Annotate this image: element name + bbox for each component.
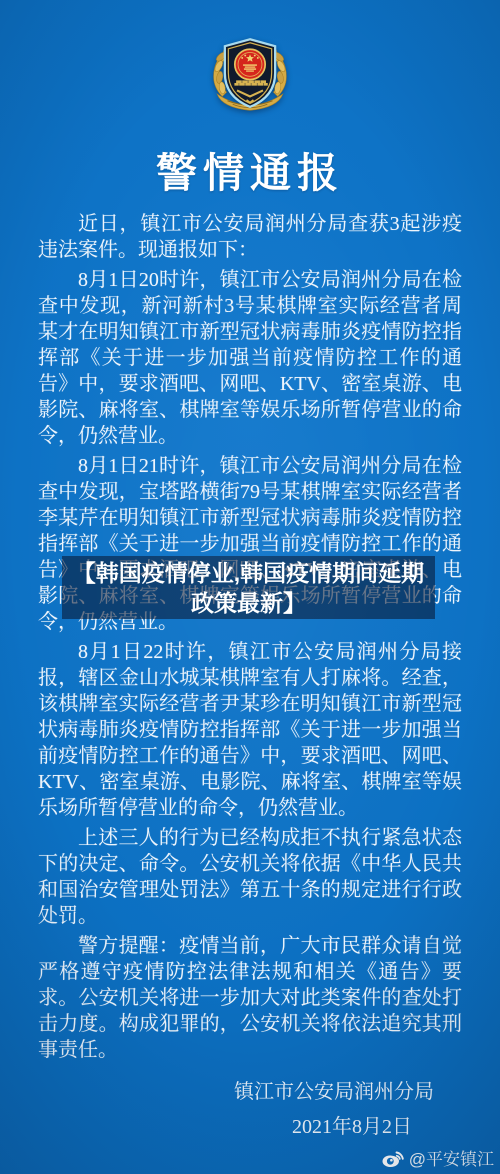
notice-paragraph-case1: 8月1日20时许，镇江市公安局润州分局在检查中发现，新河新村3号某棋牌室实际经营… xyxy=(38,267,462,449)
notice-paragraph-intro: 近日，镇江市公安局润州分局查获3起涉疫违法案件。现通报如下： xyxy=(38,211,462,263)
police-badge-icon xyxy=(198,26,302,134)
notice-body: 近日，镇江市公安局润州分局查获3起涉疫违法案件。现通报如下： 8月1日20时许，… xyxy=(38,211,462,1063)
signature-date: 2021年8月2日 xyxy=(0,1110,412,1139)
police-notice-poster: 警情通报 近日，镇江市公安局润州分局查获3起涉疫违法案件。现通报如下： 8月1日… xyxy=(0,0,500,1174)
headline-overlay-banner: 【韩国疫情停业,韩国疫情期间延期政策最新】 xyxy=(62,556,435,619)
notice-paragraph-case3: 8月1日22时许，镇江市公安局润州分局接报，辖区金山水城某棋牌室有人打麻将。经查… xyxy=(38,639,462,821)
signature-issuer: 镇江市公安局润州分局 xyxy=(0,1075,434,1104)
notice-title: 警情通报 xyxy=(0,140,500,199)
watermark: @平安镇江 xyxy=(381,1145,494,1170)
headline-overlay-text: 【韩国疫情停业,韩国疫情期间延期政策最新】 xyxy=(62,558,435,618)
national-emblem xyxy=(235,49,265,79)
watermark-handle: @平安镇江 xyxy=(409,1145,494,1170)
notice-paragraph-penalty: 上述三人的行为已经构成拒不执行紧急状态下的决定、命令。公安机关将依据《中华人民共… xyxy=(38,825,462,929)
weibo-icon xyxy=(381,1148,405,1168)
notice-paragraph-reminder: 警方提醒：疫情当前，广大市民群众请自觉严格遵守疫情防控法律法规和相关《通告》要求… xyxy=(38,933,462,1063)
